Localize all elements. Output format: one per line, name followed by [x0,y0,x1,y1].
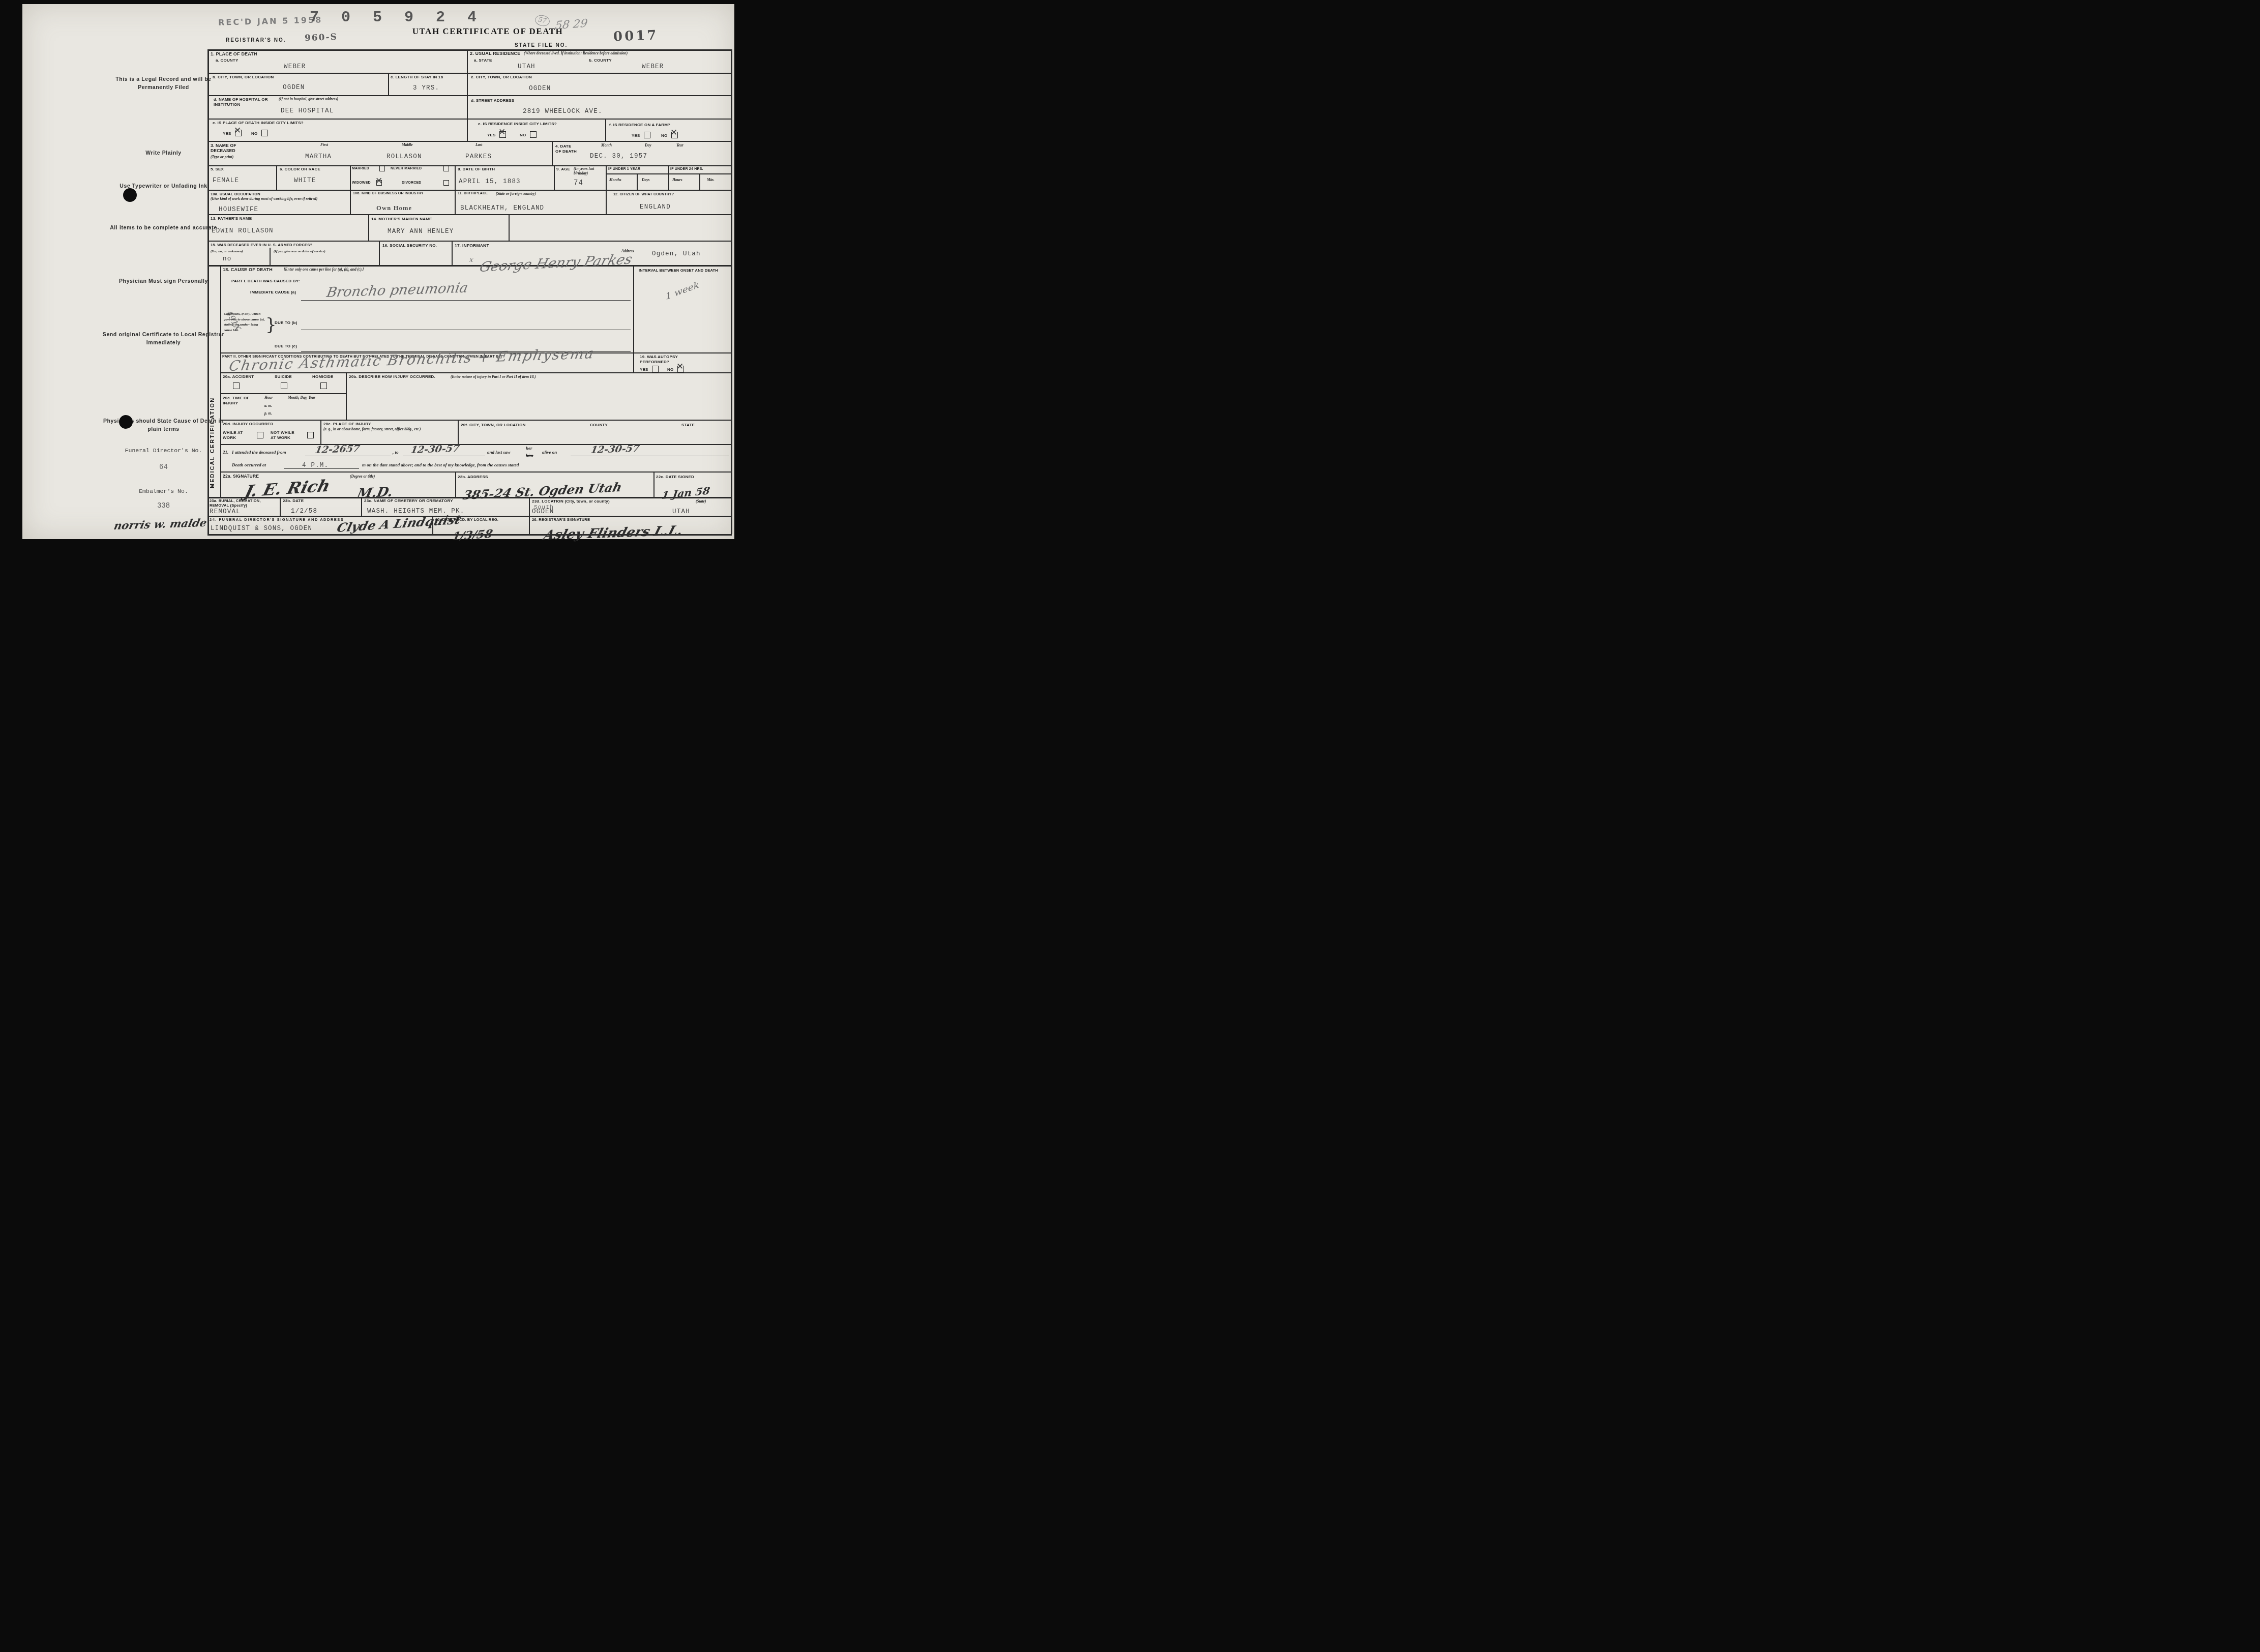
death-time-value: 4 P.M. [302,462,329,469]
grid-line [668,165,669,190]
no-label: NO [667,367,673,372]
margin-write-plainly: Write Plainly [99,149,228,157]
margin-handwritten-signature: norris w. malde [113,517,208,531]
grid-line [653,471,655,497]
item21-number: 21. [223,450,228,455]
funeral-director-typed: LINDQUIST & SONS, OGDEN [211,525,312,533]
cemetery-location-label: 23d. LOCATION (City, town, or county) [532,499,610,504]
grid-line [633,265,634,372]
signature-label: 22a. SIGNATURE [223,474,259,479]
margin-all-items: All items to be complete and accurate [99,224,228,232]
residence-city-label: c. CITY, TOWN, OR LOCATION [471,75,532,80]
city-label: b. CITY, TOWN, OR LOCATION [213,75,274,80]
grid-line [605,119,606,141]
burial-label: 23a. BURIAL, CREMATION, REMOVAL (Specify… [210,498,271,508]
cause-a-line [301,300,631,301]
birthplace-value: BLACKHEATH, ENGLAND [460,204,544,212]
her-correction: her [526,446,532,451]
grid-line [379,241,380,265]
grid-line [207,95,732,96]
date-received-value: 1/3/58 [452,528,493,542]
yes-label: YES [640,367,648,372]
divorced-label: DIVORCED [402,181,422,185]
grid-line [276,165,277,190]
describe-injury-label: 20b. DESCRIBE HOW INJURY OCCURRED. [349,374,435,379]
never-married-label: NEVER MARRIED [391,167,422,171]
date-of-death-label: 4. DATE OF DEATH [555,144,578,154]
months-label: Months [609,178,621,183]
grid-line [552,141,553,165]
farm-label: f. IS RESIDENCE ON A FARM? [609,123,670,128]
grid-line [554,165,555,190]
cause-of-death-bracket: [Enter only one cause per line for (a), … [284,268,364,272]
fathers-name-value: EDWIN ROLLASON [212,227,274,235]
hospital-label: d. NAME OF HOSPITAL OR INSTITUTION [214,97,270,107]
pencil-file-no: 58 29 [554,17,588,32]
no-label: NO [661,133,667,138]
occupation-value: HOUSEWIFE [219,206,258,214]
degree-or-title-note: (Degree or title) [350,475,375,479]
residence-city-value: OGDEN [529,85,551,93]
grid-line [529,497,530,534]
last-name-value: PARKES [465,153,492,161]
received-date-stamp: REC'D JAN 5 1958 [218,15,323,27]
yes-label: YES [223,131,231,136]
usual-residence-note: (Where deceased lived. If institution: R… [524,51,628,56]
residence-city-limits-label: e. IS RESIDENCE INSIDE CITY LIMITS? [478,122,557,127]
pencil-circled-note: 57 [534,14,550,27]
middle-label: Middle [402,143,413,147]
part1-label: PART I. DEATH WAS CAUSED BY: [231,279,300,284]
citizen-label: 12. CITIZEN OF WHAT COUNTRY? [613,193,674,197]
year-label: Year [676,143,683,148]
day-label: Day [645,143,651,148]
hours-label: Hours [672,178,682,183]
grid-line [220,420,732,421]
informant-label: 17. INFORMANT [455,243,489,248]
if-under-1-year-label: IF UNDER 1 YEAR [608,167,640,171]
name-of-deceased-label: 3. NAME OF DECEASED [211,143,251,153]
injury-state-label: STATE [681,423,695,428]
hospital-note: (If not in hospital, give street address… [279,97,338,102]
residence-state-value: UTAH [518,63,536,71]
interval-label: INTERVAL BETWEEN ONSET AND DEATH [639,268,720,273]
business-value: Own Home [376,204,412,212]
grid-line [220,372,732,373]
registrar-signature: Asley Flinders L.L. [542,524,685,542]
residence-city-limits-no-checkbox [530,131,537,138]
injury-county-label: COUNTY [590,423,608,428]
grid-line [280,497,281,516]
margin-state-cause: Physicians should State Cause of Death i… [99,417,228,434]
hole-punch-top [123,188,137,202]
while-at-work-checkbox [257,432,263,438]
time-of-injury-label: 20c. TIME OF INJURY [223,396,252,405]
not-while-at-work-checkbox [307,432,314,438]
death-city-limits-label: e. IS PLACE OF DEATH INSIDE CITY LIMITS? [213,121,304,126]
hour-label: Hour [264,396,273,400]
residence-county-value: WEBER [642,63,664,71]
cemetery-location-city: OGDEN [532,508,554,516]
cemetery-label: 23c. NAME OF CEMETERY OR CREMATORY [364,498,453,504]
no-label: NO [520,133,526,138]
date-of-death-value: DEC. 30, 1957 [590,153,647,160]
grid-line [207,516,732,517]
alive-on-label: alive on [542,450,557,455]
days-label: Days [642,178,649,183]
race-value: WHITE [294,177,316,185]
grid-line [220,393,346,394]
margin-physician-sign: Physician Must sign Personally [99,277,228,285]
grid-line [509,214,510,241]
state-note: (State) [696,499,706,504]
attended-to-date: 12-30-57 [410,444,460,455]
cause-of-death-label: 18. CAUSE OF DEATH [223,267,273,273]
informant-address-value: Ogden, Utah [652,250,701,258]
birthplace-note: (State or foreign country) [496,192,536,196]
autopsy-label: 19. WAS AUTOPSY PERFORMED? [640,355,701,364]
grid-line [207,190,732,191]
pm-label: p. m. [264,411,272,416]
homicide-checkbox [320,382,327,389]
margin-use-typewriter: Use Typewriter or Unfading Ink [99,182,228,190]
burial-date-value: 1/2/58 [291,508,317,515]
age-label: 9. AGE [556,167,570,172]
state-file-label: STATE FILE NO. [515,43,568,49]
length-of-stay-value: 3 YRS. [413,84,439,92]
grid-line [220,444,732,445]
cemetery-location-state: UTAH [672,508,690,516]
widowed-checkbox [376,180,382,186]
homicide-label: HOMICIDE [312,374,334,379]
fathers-name-label: 13. FATHER'S NAME [211,216,252,221]
death-certificate-scan: REC'D JAN 5 1958 7 0 5 9 2 4 REGISTRAR'S… [0,0,753,551]
divorced-checkbox [443,180,449,186]
mothers-name-label: 14. MOTHER'S MAIDEN NAME [371,217,432,222]
attended-from-label: I attended the deceased from [232,450,286,455]
attended-to-line [403,456,485,456]
date-signed-label: 22c. DATE SIGNED [656,475,694,480]
grid-line [207,165,732,166]
farm-no-checkbox [671,132,678,138]
state-file-no-stamp: 0017 [613,27,659,44]
place-of-injury-label: 20e. PLACE OF INJURY [323,422,371,427]
sex-value: FEMALE [213,177,239,185]
grid-line [220,471,732,473]
margin-embalmer-label: Embalmer's No. [94,488,233,496]
suicide-checkbox [281,382,287,389]
while-at-work-label: WHILE AT WORK [223,430,247,440]
date-of-birth-value: APRIL 15, 1883 [459,178,521,186]
last-saw-label: and last saw [487,450,511,455]
not-while-at-work-label: NOT WHILE AT WORK [271,430,300,440]
grid-line [207,119,732,120]
grid-line [207,141,732,142]
grid-line [207,214,732,215]
place-of-death-title: 1. PLACE OF DEATH [211,51,257,57]
accident-label: 20a. ACCIDENT [223,374,254,379]
farm-yes-checkbox [644,132,650,138]
usual-residence-title: 2. USUAL RESIDENCE [470,51,520,56]
attended-from-date: 12-2657 [314,444,361,455]
age-value: 74 [574,179,583,188]
armed-forces-note1: (Yes, no, or unknown) [211,249,243,253]
widowed-label: WIDOWED [352,181,371,185]
grid-line [207,241,732,242]
armed-forces-note2: (If yes, give war or dates of service) [274,249,325,253]
married-label: MARRIED [352,167,369,171]
physician-address-label: 22b. ADDRESS [458,475,488,480]
married-checkbox [379,166,385,171]
injury-occurred-label: 20d. INJURY OCCURRED [223,422,274,427]
hole-punch-bottom [119,415,133,429]
autopsy-yes-checkbox [652,366,659,372]
occupation-note: (Give kind of work done during most of w… [211,197,343,201]
mothers-name-value: MARY ANN HENLEY [388,228,454,235]
ssn-label: 16. SOCIAL SECURITY NO. [382,243,437,248]
middle-name-value: ROLLASON [386,153,422,161]
grid-line [220,265,221,497]
county-label: a. COUNTY [216,58,238,63]
margin-send-original: Send original Certificate to Local Regis… [99,331,228,347]
grid-line [207,49,209,534]
medical-certification-label: MEDICAL CERTIFICATION [210,285,216,488]
burial-date-label: 23b. DATE [283,498,304,504]
death-occurred-label: Death occurred at [232,462,266,467]
race-label: 6. COLOR OR RACE [280,167,320,172]
registrars-no-label: REGISTRAR'S NO. [226,38,286,44]
place-of-injury-note: (e. g., in or about home, farm, factory,… [323,427,451,432]
county-value: WEBER [284,63,306,71]
immediate-cause-label: IMMEDIATE CAUSE (a) [250,290,296,295]
attended-to-label: , to [393,450,399,455]
grid-line [350,165,351,214]
due-to-b-line [301,330,631,330]
residence-state-label: a. STATE [474,58,492,63]
alive-on-date: 12-30-57 [590,444,640,455]
am-label: a. m. [264,404,272,408]
type-or-print-note: (Type or print) [211,155,233,160]
if-under-24-hrs-label: IF UNDER 24 HRS. [670,167,703,171]
informant-address-label: Address [621,249,634,254]
month-label: Month [601,143,612,148]
grid-line [368,214,369,241]
residence-city-limits-yes-checkbox [499,131,506,138]
grid-line [699,173,700,190]
margin-legal-record: This is a Legal Record and will be Perma… [99,75,228,92]
death-statement: m on the date stated above; and to the b… [362,462,519,467]
certificate-paper: REC'D JAN 5 1958 7 0 5 9 2 4 REGISTRAR'S… [22,4,734,539]
conditions-note: Conditions, if any, which gave rise to a… [224,311,265,333]
grid-line [320,420,321,444]
registrar-signature-label: 26. REGISTRAR'S SIGNATURE [532,517,590,522]
first-label: First [320,143,328,147]
hospital-value: DEE HOSPITAL [281,107,334,115]
describe-injury-note: (Enter nature of injury in Part I or Par… [451,375,536,379]
accident-checkbox [233,382,240,389]
date-of-birth-label: 8. DATE OF BIRTH [458,167,495,172]
no-label: NO [251,131,257,136]
length-of-stay-label: c. LENGTH OF STAY IN 1b [391,75,443,80]
stamp-digits: 7 0 5 9 2 4 [310,9,483,26]
yes-label: YES [487,133,496,138]
min-label: Min. [707,178,715,183]
grid-line [731,49,732,534]
grid-line [270,248,271,265]
street-address-label: d. STREET ADDRESS [471,98,514,103]
grid-line [346,372,347,420]
age-note: (In years last birthday) [574,167,603,175]
burial-value: REMOVAL [210,508,241,516]
grid-line [207,73,732,74]
grid-line [606,165,607,214]
business-label: 10b. KIND OF BUSINESS OR INDUSTRY [353,192,424,196]
never-married-checkbox [443,166,449,171]
grid-line [455,165,456,214]
street-address-value: 2819 WHEELOCK AVE. [523,108,603,115]
month-day-year-label: Month, Day, Year [288,396,315,400]
grid-line [637,173,638,190]
armed-forces-value: no [223,255,231,263]
city-value: OGDEN [283,84,305,92]
funeral-director-label: 24. FUNERAL DIRECTOR'S SIGNATURE AND ADD… [210,517,344,522]
occupation-label: 10a. USUAL OCCUPATION [211,192,260,196]
yes-label: YES [632,133,640,138]
due-to-c-label: DUE TO (c) [275,344,297,349]
first-name-value: MARTHA [305,153,332,161]
armed-forces-label: 15. WAS DECEASED EVER IN U. S. ARMED FOR… [211,243,312,247]
residence-county-label: b. COUNTY [589,58,612,63]
grid-line [207,265,732,267]
last-label: Last [475,143,482,147]
grid-line [467,49,468,141]
sex-label: 5. SEX [211,167,224,172]
death-city-limits-yes-checkbox [235,130,242,136]
grid-line [455,471,456,497]
alive-on-line [571,456,729,456]
birthplace-label: 11. BIRTHPLACE [458,192,488,196]
grid-line [452,241,453,265]
autopsy-no-checkbox [677,366,684,372]
due-to-b-label: DUE TO (b) [275,320,298,326]
registrars-no-value: 960-S [305,32,338,43]
death-city-limits-no-checkbox [261,130,268,136]
him-struck: him [526,453,533,458]
grid-line [458,420,459,444]
date-received-label: 25. DATE RECD. BY LOCAL REG. [435,517,498,522]
attended-from-line [305,456,391,456]
suicide-label: SUICIDE [275,374,292,379]
grid-line [388,73,389,95]
injury-city-label: 20f. CITY, TOWN, OR LOCATION [461,423,526,428]
citizen-value: ENGLAND [640,203,671,211]
